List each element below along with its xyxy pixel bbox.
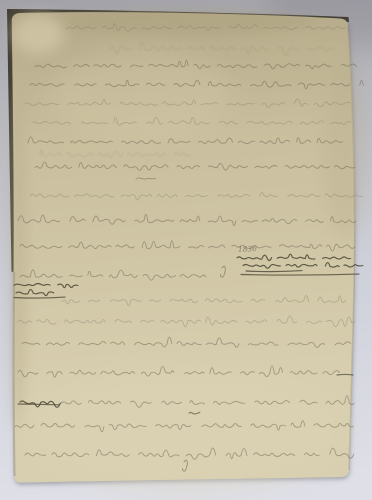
paper-stain <box>9 90 27 430</box>
manuscript-photo: 1836 <box>0 0 372 500</box>
strike-through <box>18 404 59 405</box>
paper-stain <box>12 14 64 54</box>
paper-stain <box>55 9 315 35</box>
legible-fragment-text: 1836 <box>238 244 258 254</box>
manuscript-svg: 1836 <box>0 0 372 500</box>
paper-stain <box>25 370 345 490</box>
paper-stain <box>250 30 350 80</box>
ink-dash <box>337 374 353 375</box>
paper-stain <box>323 60 367 240</box>
paper-stain <box>50 50 230 140</box>
